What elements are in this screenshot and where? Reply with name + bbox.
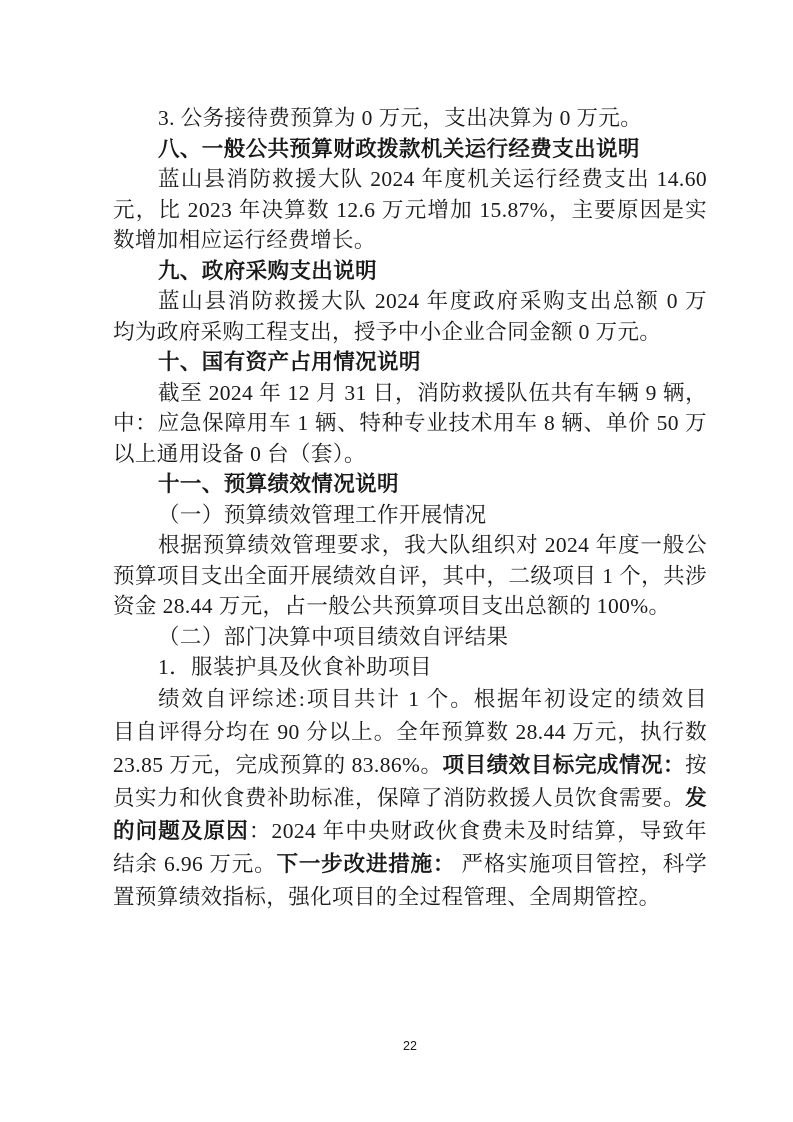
text-line: （二）部门决算中项目绩效自评结果	[113, 622, 707, 653]
text-line: 中：应急保障用车 1 辆、特种专业技术用车 8 辆、单价 50 万元	[113, 408, 707, 439]
text-segment: 以上通用设备 0 台（套）。	[113, 442, 366, 466]
text-line: 结余 6.96 万元。下一步改进措施： 严格实施项目管控，科学设	[113, 848, 707, 881]
text-segment: 蓝山县消防救援大队 2024 年度政府采购支出总额 0 万元，	[113, 289, 707, 317]
text-line: 目自评得分均在 90 分以上。全年预算数 28.44 万元，执行数为	[113, 716, 707, 749]
text-segment: 结余 6.96 万元。	[113, 852, 276, 876]
section-heading-line: 九、政府采购支出说明	[113, 256, 707, 287]
text-segment: （二）部门决算中项目绩效自评结果	[158, 625, 508, 649]
text-line: 资金 28.44 万元，占一般公共预算项目支出总额的 100%。	[113, 591, 707, 622]
document-body: 3. 公务接待费预算为 0 万元，支出决算为 0 万元。八、一般公共预算财政拨款…	[113, 103, 707, 914]
text-segment: 置预算绩效指标，强化项目的全过程管理、全周期管控。	[113, 885, 661, 909]
section-heading-line: 八、一般公共预算财政拨款机关运行经费支出说明	[113, 134, 707, 165]
text-line: 绩效自评综述:项目共计 1 个。根据年初设定的绩效目标，项	[113, 683, 707, 716]
section-heading-line: 十一、预算绩效情况说明	[113, 469, 707, 500]
text-segment: 数增加相应运行经费增长。	[113, 228, 376, 252]
text-line: 预算项目支出全面开展绩效自评，其中，二级项目 1 个，共涉及	[113, 561, 707, 592]
text-segment: 蓝山县消防救援大队 2024 年度机关运行经费支出 14.60 万	[113, 167, 707, 195]
text-segment: 1．服装护具及伙食补助项目	[158, 655, 432, 679]
text-segment: 根据预算绩效管理要求，我大队组织对 2024 年度一般公共	[113, 533, 707, 561]
text-line: 元，比 2023 年决算数 12.6 万元增加 15.87%，主要原因是实有人	[113, 195, 707, 226]
text-segment: 中：应急保障用车 1 辆、特种专业技术用车 8 辆、单价 50 万元	[113, 411, 707, 439]
text-line: 23.85 万元，完成预算的 83.86%。项目绩效目标完成情况：按人	[113, 749, 707, 782]
text-line: 数增加相应运行经费增长。	[113, 225, 707, 256]
text-line: 置预算绩效指标，强化项目的全过程管理、全周期管控。	[113, 881, 707, 914]
text-segment: 预算项目支出全面开展绩效自评，其中，二级项目 1 个，共涉及	[113, 564, 707, 592]
text-line: 根据预算绩效管理要求，我大队组织对 2024 年度一般公共	[113, 530, 707, 561]
text-segment: 23.85 万元，完成预算的 83.86%。	[113, 753, 443, 777]
page-footer: 22	[113, 1039, 707, 1053]
bold-text-segment: 的问题及原因	[113, 819, 249, 843]
page-number: 22	[403, 1039, 417, 1053]
bold-text-segment: 十一、预算绩效情况说明	[158, 472, 399, 496]
text-segment: 绩效自评综述:项目共计 1 个。根据年初设定的绩效目标，项	[113, 687, 707, 716]
bold-text-segment: 下一步改进措施：	[276, 852, 455, 876]
text-segment: 资金 28.44 万元，占一般公共预算项目支出总额的 100%。	[113, 594, 670, 618]
text-line: 截至 2024 年 12 月 31 日，消防救援队伍共有车辆 9 辆，其	[113, 378, 707, 409]
text-line: 员实力和伙食费补助标准，保障了消防救援人员饮食需要。发现	[113, 782, 707, 815]
text-line: 蓝山县消防救援大队 2024 年度机关运行经费支出 14.60 万	[113, 164, 707, 195]
bold-text-segment: 项目绩效目标完成情况：	[443, 753, 686, 777]
bold-text-segment: 十、国有资产占用情况说明	[158, 350, 421, 374]
text-segment: 员实力和伙食费补助标准，保障了消防救援人员饮食需要。	[113, 786, 685, 810]
section-heading-line: 十、国有资产占用情况说明	[113, 347, 707, 378]
text-segment: 3. 公务接待费预算为 0 万元，支出决算为 0 万元。	[158, 106, 642, 130]
bold-text-segment: 九、政府采购支出说明	[158, 259, 377, 283]
text-segment: 元，比 2023 年决算数 12.6 万元增加 15.87%，主要原因是实有人	[113, 198, 707, 226]
text-line: 均为政府采购工程支出，授予中小企业合同金额 0 万元。	[113, 317, 707, 348]
text-line: 3. 公务接待费预算为 0 万元，支出决算为 0 万元。	[113, 103, 707, 134]
text-line: 的问题及原因：2024 年中央财政伙食费未及时结算，导致年末结转	[113, 815, 707, 848]
text-segment: （一）预算绩效管理工作开展情况	[158, 503, 487, 527]
text-line: （一）预算绩效管理工作开展情况	[113, 500, 707, 531]
text-line: 蓝山县消防救援大队 2024 年度政府采购支出总额 0 万元，	[113, 286, 707, 317]
text-segment: 均为政府采购工程支出，授予中小企业合同金额 0 万元。	[113, 320, 661, 344]
text-segment: 截至 2024 年 12 月 31 日，消防救援队伍共有车辆 9 辆，其	[113, 381, 707, 409]
document-page: 3. 公务接待费预算为 0 万元，支出决算为 0 万元。八、一般公共预算财政拨款…	[0, 0, 793, 1122]
text-line: 1．服装护具及伙食补助项目	[113, 652, 707, 683]
text-line: 以上通用设备 0 台（套）。	[113, 439, 707, 470]
bold-text-segment: 八、一般公共预算财政拨款机关运行经费支出说明	[158, 137, 640, 161]
text-segment: 目自评得分均在 90 分以上。全年预算数 28.44 万元，执行数为	[113, 720, 707, 749]
